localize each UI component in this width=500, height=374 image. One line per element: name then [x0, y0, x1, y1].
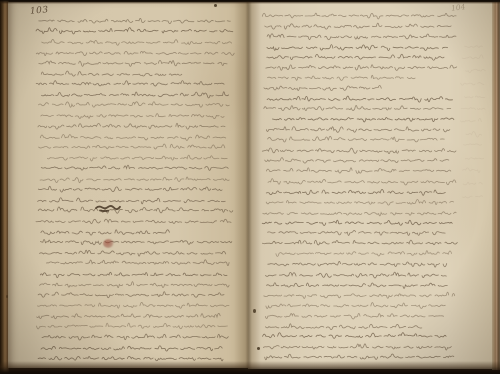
handwriting-line	[37, 323, 228, 329]
handwriting-line	[40, 177, 229, 183]
handwriting-line	[37, 302, 229, 308]
handwriting-line	[272, 117, 454, 121]
handwriting-line	[262, 220, 452, 225]
show-through-ghost-line	[463, 182, 482, 185]
red-ink-blot-icon	[103, 239, 114, 248]
show-through-ghost-line	[462, 55, 483, 59]
handwriting-line	[39, 18, 231, 23]
handwriting-line	[40, 272, 227, 277]
handwriting-line	[267, 45, 448, 51]
handwriting-line	[263, 212, 456, 216]
show-through-ghost-line	[463, 196, 483, 198]
handwriting-line	[263, 333, 447, 339]
manuscript-scan: 103 104	[0, 0, 500, 374]
handwriting-line	[46, 260, 229, 266]
page-stack-edge	[492, 2, 500, 370]
handwriting-line	[42, 334, 228, 340]
handwriting-line	[41, 346, 222, 351]
handwriting-line	[265, 313, 443, 319]
handwriting-line	[36, 51, 234, 55]
handwriting-line	[38, 123, 225, 129]
handwriting-line	[40, 282, 230, 288]
foxing-speck	[6, 295, 8, 298]
handwriting-line	[41, 71, 182, 76]
foxing-speck	[253, 309, 256, 313]
handwriting-line	[39, 60, 227, 66]
handwriting-line	[266, 168, 450, 174]
show-through-ghost-line	[466, 132, 482, 138]
handwriting-line	[276, 251, 452, 257]
handwriting-line	[41, 114, 224, 119]
handwriting-line	[267, 283, 448, 289]
handwriting-line	[266, 199, 453, 205]
show-through-ghost-line	[465, 158, 483, 160]
handwriting-line	[265, 354, 454, 360]
handwriting-line	[267, 54, 444, 60]
handwriting-line	[265, 158, 449, 163]
left-page: 103	[8, 2, 248, 368]
handwriting-line	[42, 92, 229, 98]
handwriting-line	[266, 65, 457, 71]
handwriting-line	[38, 198, 226, 204]
handwriting-line	[39, 102, 230, 107]
right-page: 104	[248, 2, 492, 369]
handwriting-line	[36, 219, 231, 224]
dark-correction-word	[96, 206, 120, 211]
handwriting-line	[42, 39, 232, 45]
handwriting-line	[268, 261, 447, 267]
handwriting-line	[265, 23, 451, 29]
foxing-speck	[214, 4, 217, 7]
handwriting-line	[267, 34, 456, 40]
handwriting-line	[262, 13, 456, 19]
handwriting-line	[40, 240, 231, 245]
handwriting-line	[48, 155, 228, 161]
foxing-speck	[257, 347, 260, 350]
show-through-ghost-line	[462, 168, 480, 173]
handwriting-line	[268, 136, 445, 142]
right-page-handwriting	[248, 2, 492, 369]
handwriting-line	[266, 303, 445, 309]
left-page-handwriting	[8, 2, 248, 368]
right-page-number: 104	[451, 2, 466, 13]
handwriting-line	[267, 96, 452, 102]
handwriting-line	[40, 250, 226, 256]
handwriting-line	[38, 207, 233, 213]
handwriting-line	[263, 344, 451, 350]
show-through-ghost-line	[465, 96, 485, 98]
handwriting-line	[268, 75, 416, 80]
handwriting-line	[264, 105, 451, 110]
handwriting-line	[41, 230, 170, 235]
show-through-ghost-line	[461, 83, 484, 86]
show-through-ghost-line	[464, 144, 482, 145]
handwriting-line	[264, 86, 381, 91]
handwriting-line	[38, 356, 223, 360]
handwriting-line	[38, 186, 222, 192]
handwriting-line	[40, 135, 225, 141]
show-through-ghost-line	[461, 118, 482, 122]
show-through-ghost-line	[466, 69, 486, 72]
show-through-ghost-line	[465, 46, 483, 48]
handwriting-line	[262, 240, 457, 245]
handwriting-line	[268, 230, 446, 235]
handwriting-line	[39, 144, 225, 149]
handwriting-line	[262, 148, 456, 154]
left-page-number: 103	[30, 5, 49, 17]
handwriting-line	[266, 272, 447, 278]
handwriting-line	[37, 313, 221, 318]
handwriting-line	[36, 28, 233, 34]
handwriting-line	[41, 165, 228, 170]
handwriting-line	[38, 292, 224, 298]
handwriting-line	[265, 324, 421, 330]
handwriting-line	[266, 127, 449, 133]
handwriting-line	[268, 179, 456, 185]
handwriting-line	[264, 292, 455, 298]
show-through-ghost-line	[461, 108, 485, 110]
handwriting-line	[266, 189, 445, 195]
handwriting-line	[36, 81, 224, 86]
